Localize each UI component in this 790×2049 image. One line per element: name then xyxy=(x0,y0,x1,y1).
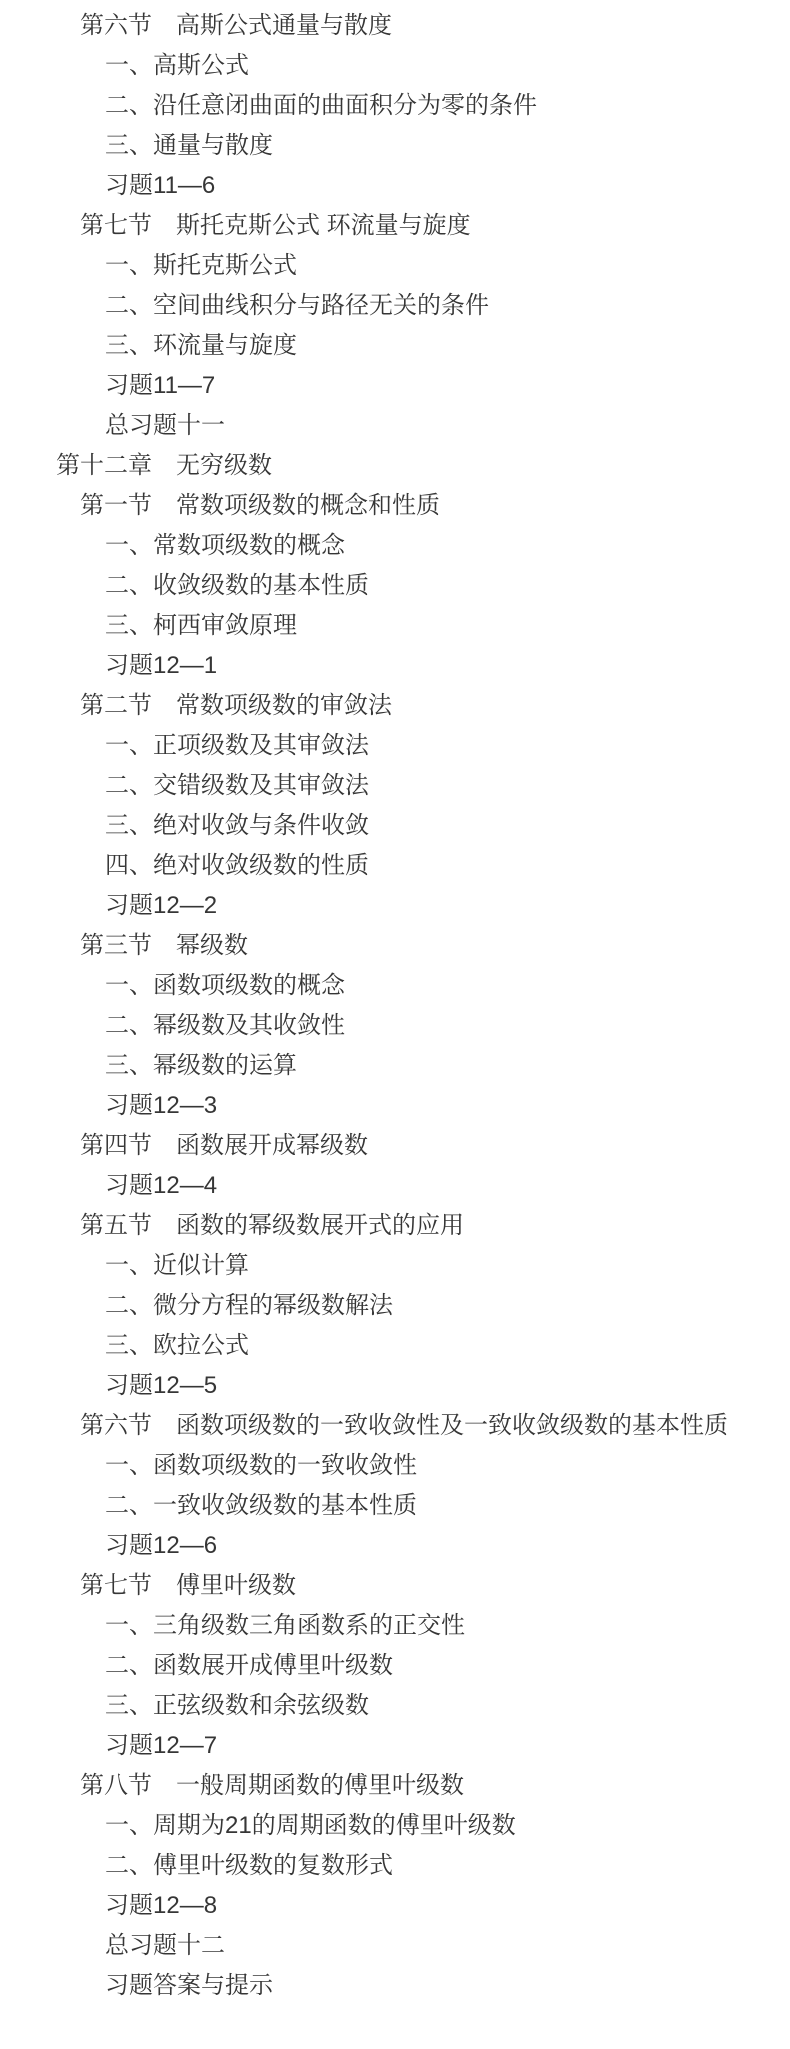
toc-entry-item: 总习题十二 xyxy=(0,1926,790,1966)
toc-entry-item: 一、高斯公式 xyxy=(0,46,790,86)
toc-entry-item: 一、斯托克斯公式 xyxy=(0,246,790,286)
toc-entry-item: 习题12—4 xyxy=(0,1166,790,1206)
toc-entry-item: 一、三角级数三角函数系的正交性 xyxy=(0,1606,790,1646)
toc-entry-item: 二、空间曲线积分与路径无关的条件 xyxy=(0,286,790,326)
table-of-contents: 第六节 高斯公式通量与散度一、高斯公式二、沿任意闭曲面的曲面积分为零的条件三、通… xyxy=(0,0,790,2006)
toc-entry-item: 习题12—5 xyxy=(0,1366,790,1406)
toc-entry-chapter: 第十二章 无穷级数 xyxy=(0,446,790,486)
toc-entry-item: 三、绝对收敛与条件收敛 xyxy=(0,806,790,846)
toc-entry-item: 习题12—7 xyxy=(0,1726,790,1766)
toc-entry-item: 一、正项级数及其审敛法 xyxy=(0,726,790,766)
toc-entry-section: 第四节 函数展开成幂级数 xyxy=(0,1126,790,1166)
toc-entry-item: 总习题十一 xyxy=(0,406,790,446)
toc-entry-item: 习题答案与提示 xyxy=(0,1966,790,2006)
toc-entry-item: 二、傅里叶级数的复数形式 xyxy=(0,1846,790,1886)
toc-entry-item: 三、柯西审敛原理 xyxy=(0,606,790,646)
toc-entry-item: 二、微分方程的幂级数解法 xyxy=(0,1286,790,1326)
toc-entry-item: 习题12—8 xyxy=(0,1886,790,1926)
toc-entry-section: 第一节 常数项级数的概念和性质 xyxy=(0,486,790,526)
toc-entry-item: 习题12—6 xyxy=(0,1526,790,1566)
toc-entry-item: 二、幂级数及其收敛性 xyxy=(0,1006,790,1046)
toc-entry-item: 一、周期为21的周期函数的傅里叶级数 xyxy=(0,1806,790,1846)
toc-entry-section: 第六节 函数项级数的一致收敛性及一致收敛级数的基本性质 xyxy=(0,1406,790,1446)
toc-entry-item: 二、沿任意闭曲面的曲面积分为零的条件 xyxy=(0,86,790,126)
toc-entry-item: 一、函数项级数的一致收敛性 xyxy=(0,1446,790,1486)
toc-entry-item: 习题12—2 xyxy=(0,886,790,926)
toc-entry-item: 三、环流量与旋度 xyxy=(0,326,790,366)
toc-entry-item: 习题11—7 xyxy=(0,366,790,406)
toc-entry-section: 第八节 一般周期函数的傅里叶级数 xyxy=(0,1766,790,1806)
toc-entry-section: 第二节 常数项级数的审敛法 xyxy=(0,686,790,726)
toc-entry-item: 习题12—3 xyxy=(0,1086,790,1126)
toc-entry-item: 习题11—6 xyxy=(0,166,790,206)
toc-entry-item: 三、正弦级数和余弦级数 xyxy=(0,1686,790,1726)
toc-entry-item: 二、函数展开成傅里叶级数 xyxy=(0,1646,790,1686)
toc-entry-section: 第七节 斯托克斯公式 环流量与旋度 xyxy=(0,206,790,246)
toc-entry-item: 一、函数项级数的概念 xyxy=(0,966,790,1006)
toc-entry-item: 二、一致收敛级数的基本性质 xyxy=(0,1486,790,1526)
toc-entry-section: 第七节 傅里叶级数 xyxy=(0,1566,790,1606)
toc-entry-item: 习题12—1 xyxy=(0,646,790,686)
toc-entry-section: 第六节 高斯公式通量与散度 xyxy=(0,6,790,46)
toc-entry-item: 一、近似计算 xyxy=(0,1246,790,1286)
toc-entry-item: 三、欧拉公式 xyxy=(0,1326,790,1366)
toc-entry-item: 三、通量与散度 xyxy=(0,126,790,166)
toc-entry-item: 二、收敛级数的基本性质 xyxy=(0,566,790,606)
toc-entry-section: 第三节 幂级数 xyxy=(0,926,790,966)
toc-entry-item: 二、交错级数及其审敛法 xyxy=(0,766,790,806)
toc-entry-item: 三、幂级数的运算 xyxy=(0,1046,790,1086)
toc-entry-item: 一、常数项级数的概念 xyxy=(0,526,790,566)
toc-entry-section: 第五节 函数的幂级数展开式的应用 xyxy=(0,1206,790,1246)
toc-entry-item: 四、绝对收敛级数的性质 xyxy=(0,846,790,886)
